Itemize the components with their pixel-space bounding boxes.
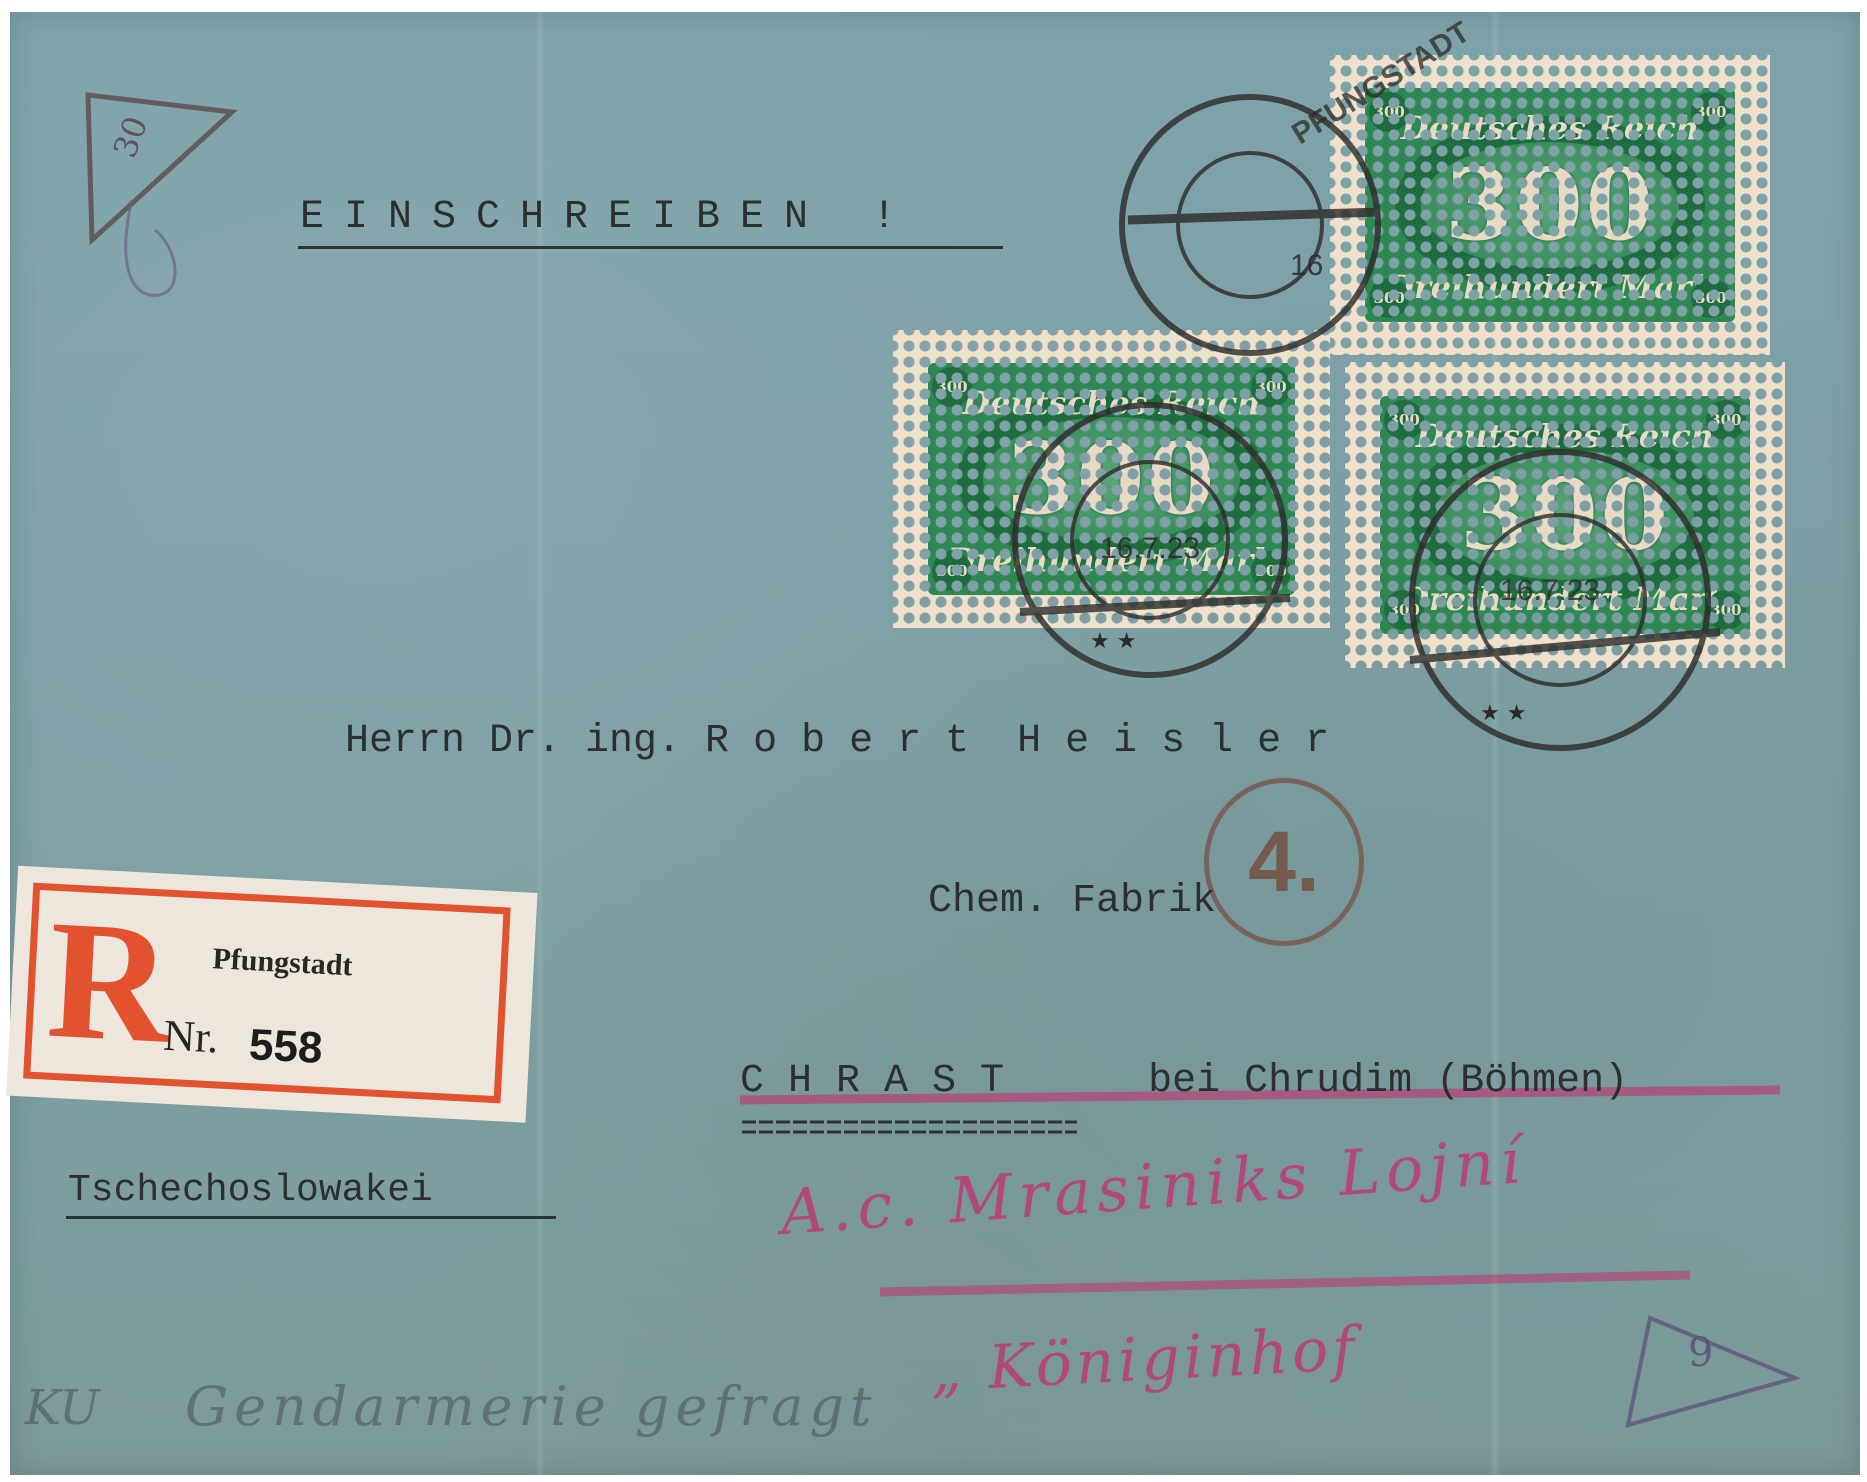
stamp-corner-value: 300 (1691, 278, 1731, 318)
stamp-value-words: Dreihundert Mark (1365, 268, 1735, 306)
stamp-corner-value: 300 (1369, 92, 1409, 132)
circle-mark: 4. (1204, 778, 1364, 946)
triangle-mark-number: 9 (1688, 1330, 1713, 1376)
stamp-top: Deutsches Reich 300 Dreihundert Mark 300… (1330, 55, 1770, 355)
stamp-value: 300 (1445, 148, 1656, 263)
stamp-corner-value: 300 (1691, 92, 1731, 132)
registration-letter: R (44, 894, 176, 1070)
address-recipient: Herrn Dr. ing. R o b e r t H e i s l e r (345, 722, 1329, 762)
stamp-country: Deutsches Reich (928, 384, 1295, 422)
address-country: Tschechoslowakei (68, 1172, 433, 1210)
einschreiben-heading: EINSCHREIBEN ! (300, 198, 916, 238)
pencil-note-left: KU (25, 1380, 100, 1436)
stamp-design: Deutsches Reich 300 Dreihundert Mark 300… (1380, 396, 1750, 635)
address-company: Chem. Fabrik (928, 882, 1216, 922)
registration-label: R Pfungstadt Nr. 558 (10, 870, 533, 1118)
stamp-corner-value: 300 (1706, 590, 1746, 630)
stamp-design: Deutsches Reich 300 Dreihundert Mark 300… (928, 363, 1295, 595)
pencil-note-bottom: Gendarmerie gefragt (185, 1375, 878, 1438)
registration-nr-label: Nr. (162, 1010, 220, 1064)
registration-town: Pfungstadt (212, 942, 354, 983)
einschreiben-underline (298, 246, 1003, 249)
country-underline (66, 1216, 556, 1219)
stamp-value: 300 (1460, 458, 1671, 573)
stamp-corner-value: 300 (1251, 367, 1291, 407)
stamp-value: 300 (1006, 422, 1217, 537)
address-town-line: C H R A S T bei Chrudim (Böhmen) (740, 1062, 1628, 1102)
stamp-country: Deutsches Reich (1365, 109, 1735, 147)
registration-number: 558 (248, 1020, 324, 1074)
stamp-corner-value: 300 (1369, 278, 1409, 318)
stamp-corner-value: 300 (1706, 400, 1746, 440)
address-town: C H R A S T (740, 1059, 1004, 1104)
stamp-corner-value: 300 (1251, 551, 1291, 591)
stamp-corner-value: 300 (1384, 590, 1424, 630)
circle-mark-number: 4. (1248, 813, 1320, 912)
stamp-corner-value: 300 (1384, 400, 1424, 440)
stamp-corner-value: 300 (932, 367, 972, 407)
stamp-design: Deutsches Reich 300 Dreihundert Mark 300… (1365, 88, 1735, 322)
stamp-right: Deutsches Reich 300 Dreihundert Mark 300… (1345, 362, 1785, 668)
stamp-left: Deutsches Reich 300 Dreihundert Mark 300… (893, 330, 1330, 628)
stamp-value-words: Dreihundert Mark (928, 541, 1295, 579)
address-town-detail: bei Chrudim (Böhmen) (1148, 1059, 1628, 1104)
stamp-country: Deutsches Reich (1380, 417, 1750, 455)
stamp-value-words: Dreihundert Mark (1380, 580, 1750, 618)
stamp-corner-value: 300 (932, 551, 972, 591)
